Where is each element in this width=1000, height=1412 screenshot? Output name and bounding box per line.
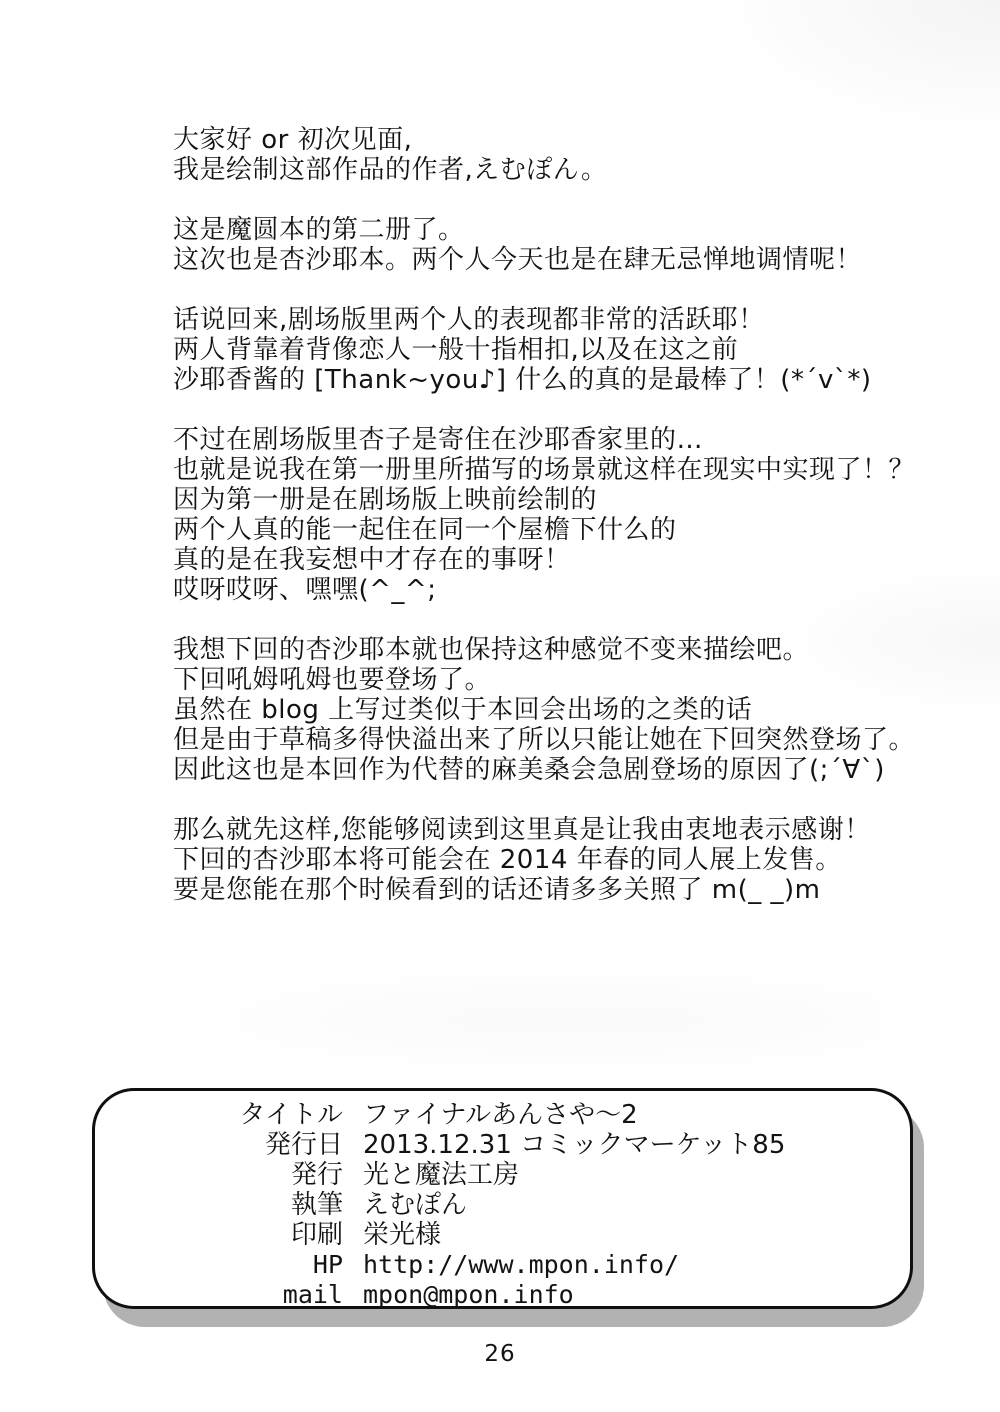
afterword-paragraph: 我想下回的杏沙耶本就也保持这种感觉不变来描绘吧。下回吼姆吼姆也要登场了。虽然在 … [173,635,915,785]
colophon-row: 発行日2013.12.31 コミックマーケット85 [95,1130,910,1160]
colophon-value: ファイナルあんさや～2 [363,1100,910,1130]
colophon-row: 印刷栄光様 [95,1220,910,1250]
colophon-label: タイトル [95,1100,343,1130]
colophon-value: 栄光様 [363,1220,910,1250]
afterword-line: 我是绘制这部作品的作者,えむぽん。 [173,155,915,185]
afterword-line: 两人背靠着背像恋人一般十指相扣,以及在这之前 [173,335,915,365]
afterword-text-block: 大家好 or 初次见面,我是绘制这部作品的作者,えむぽん。这是魔圆本的第二册了。… [173,125,915,935]
afterword-line: 但是由于草稿多得快溢出来了所以只能让她在下回突然登场了。 [173,725,915,755]
scan-artifact-shading [120,960,880,1080]
afterword-line: 沙耶香酱的 [Thank~you♪] 什么的真的是最棒了！(*´v`*) [173,365,915,395]
afterword-line: 也就是说我在第一册里所描写的场景就这样在现实中实现了！？ [173,455,915,485]
colophon-value: えむぽん [363,1190,910,1220]
colophon-label: 発行日 [95,1130,343,1160]
afterword-paragraph: 那么就先这样,您能够阅读到这里真是让我由衷地表示感谢！下回的杏沙耶本将可能会在 … [173,815,915,905]
colophon-row: HPhttp://www.mpon.info/ [95,1250,910,1280]
scan-artifact-shading [700,0,1000,140]
afterword-line: 这是魔圆本的第二册了。 [173,215,915,245]
colophon-label: mail [95,1280,343,1310]
colophon-label: 発行 [95,1160,343,1190]
afterword-line: 因为第一册是在剧场版上映前绘制的 [173,485,915,515]
afterword-line: 这次也是杏沙耶本。两个人今天也是在肆无忌惮地调情呢！ [173,245,915,275]
afterword-line: 两个人真的能一起住在同一个屋檐下什么的 [173,515,915,545]
afterword-line: 那么就先这样,您能够阅读到这里真是让我由衷地表示感谢！ [173,815,915,845]
afterword-line: 我想下回的杏沙耶本就也保持这种感觉不变来描绘吧。 [173,635,915,665]
afterword-paragraph: 不过在剧场版里杏子是寄住在沙耶香家里的…也就是说我在第一册里所描写的场景就这样在… [173,425,915,605]
colophon-row: mailmpon@mpon.info [95,1280,910,1310]
colophon-box: タイトルファイナルあんさや～2発行日2013.12.31 コミックマーケット85… [92,1088,913,1309]
afterword-paragraph: 话说回来,剧场版里两个人的表现都非常的活跃耶！两人背靠着背像恋人一般十指相扣,以… [173,305,915,395]
afterword-paragraph: 这是魔圆本的第二册了。这次也是杏沙耶本。两个人今天也是在肆无忌惮地调情呢！ [173,215,915,275]
colophon-label: 執筆 [95,1190,343,1220]
afterword-line: 真的是在我妄想中才存在的事呀！ [173,545,915,575]
colophon-row: タイトルファイナルあんさや～2 [95,1100,910,1130]
colophon-label: 印刷 [95,1220,343,1250]
colophon-label: HP [95,1250,343,1280]
colophon-value: mpon@mpon.info [363,1280,910,1310]
scanned-afterword-page: 大家好 or 初次见面,我是绘制这部作品的作者,えむぽん。这是魔圆本的第二册了。… [0,0,1000,1412]
afterword-line: 话说回来,剧场版里两个人的表现都非常的活跃耶！ [173,305,915,335]
afterword-paragraph: 大家好 or 初次见面,我是绘制这部作品的作者,えむぽん。 [173,125,915,185]
page-number: 26 [0,1341,1000,1367]
afterword-line: 要是您能在那个时候看到的话还请多多关照了 m(_ _)m [173,875,915,905]
afterword-line: 因此这也是本回作为代替的麻美桑会急剧登场的原因了(;´∀`) [173,755,915,785]
afterword-line: 虽然在 blog 上写过类似于本回会出场的之类的话 [173,695,915,725]
afterword-line: 不过在剧场版里杏子是寄住在沙耶香家里的… [173,425,915,455]
afterword-line: 下回的杏沙耶本将可能会在 2014 年春的同人展上发售。 [173,845,915,875]
colophon-row: 発行光と魔法工房 [95,1160,910,1190]
afterword-line: 大家好 or 初次见面, [173,125,915,155]
afterword-line: 哎呀哎呀、嘿嘿(^_^; [173,575,915,605]
colophon-value: 光と魔法工房 [363,1160,910,1190]
colophon-row: 執筆えむぽん [95,1190,910,1220]
afterword-line: 下回吼姆吼姆也要登场了。 [173,665,915,695]
colophon-value: http://www.mpon.info/ [363,1250,910,1280]
colophon-value: 2013.12.31 コミックマーケット85 [363,1130,910,1160]
